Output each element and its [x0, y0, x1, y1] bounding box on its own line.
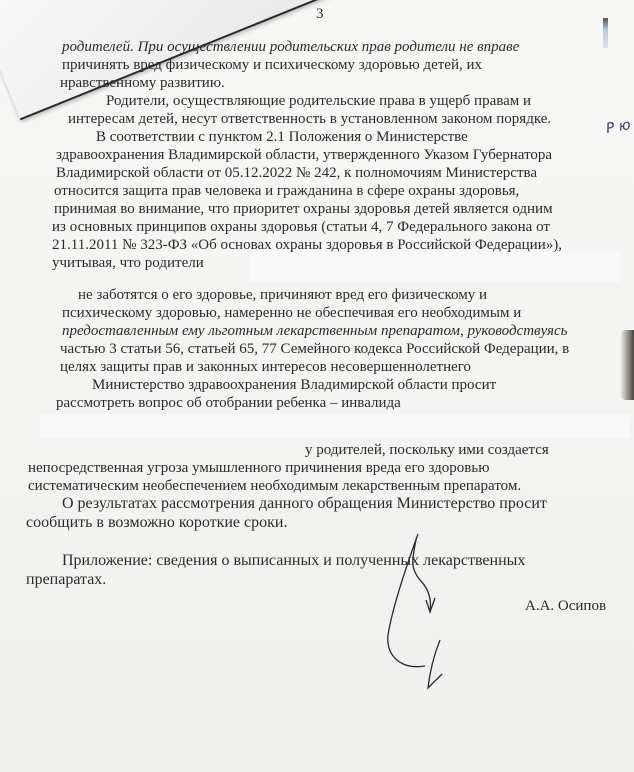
margin-handwritten-note: Р ю: [605, 118, 632, 136]
text-line: причинять вред физическому и психическом…: [62, 56, 570, 74]
text-line: частью 3 статьи 56, статьей 65, 77 Семей…: [60, 340, 569, 358]
document-page: 3 родителей. При осуществлении родительс…: [0, 0, 634, 772]
text-line: принимая во внимание, что приоритет охра…: [54, 200, 553, 218]
text-line: учитывая, что родители: [52, 254, 204, 272]
text-line: родителей. При осуществлении родительски…: [62, 38, 570, 56]
text-line: сообщить в возможно короткие сроки.: [26, 514, 287, 532]
text-line: нравственному развитию.: [60, 74, 225, 92]
text-line: здравоохранения Владимирской области, ут…: [56, 146, 552, 164]
text-line: систематическим необеспечением необходим…: [28, 477, 521, 495]
redaction-block: [250, 252, 620, 282]
redaction-block: [40, 414, 630, 438]
edge-shadow: [620, 330, 634, 400]
text-line: не заботятся о его здоровье, причиняют в…: [78, 286, 487, 304]
text-line: из основных принципов охраны здоровья (с…: [52, 218, 550, 236]
text-line: относится защита прав человека и граждан…: [54, 182, 519, 200]
text-line: непосредственная угроза умышленного прич…: [28, 459, 489, 477]
text-line: предоставленным ему льготным лекарственн…: [62, 322, 567, 340]
text-line: психическому здоровью, намеренно не обес…: [62, 304, 521, 322]
text-line: у родителей, поскольку ими создается: [305, 441, 549, 459]
signature-icon: [380, 530, 480, 700]
signer-name: А.А. Осипов: [525, 598, 606, 615]
text-line: рассмотреть вопрос об отобрании ребенка …: [56, 394, 401, 412]
text-line: Владимирской области от 05.12.2022 № 242…: [56, 164, 537, 182]
text-line: В соответствии с пунктом 2.1 Положения о…: [96, 128, 468, 146]
edge-mark: [603, 18, 608, 48]
text-line: О результатах рассмотрения данного обращ…: [62, 495, 547, 513]
text-line: целях защиты прав и законных интересов н…: [60, 358, 471, 376]
text-line: Министерство здравоохранения Владимирско…: [92, 376, 496, 394]
text-line: препаратах.: [26, 571, 106, 589]
text-line: интересам детей, несут ответственность в…: [68, 110, 551, 128]
page-number: 3: [316, 6, 324, 23]
text-line: Родители, осуществляющие родительские пр…: [106, 92, 574, 110]
